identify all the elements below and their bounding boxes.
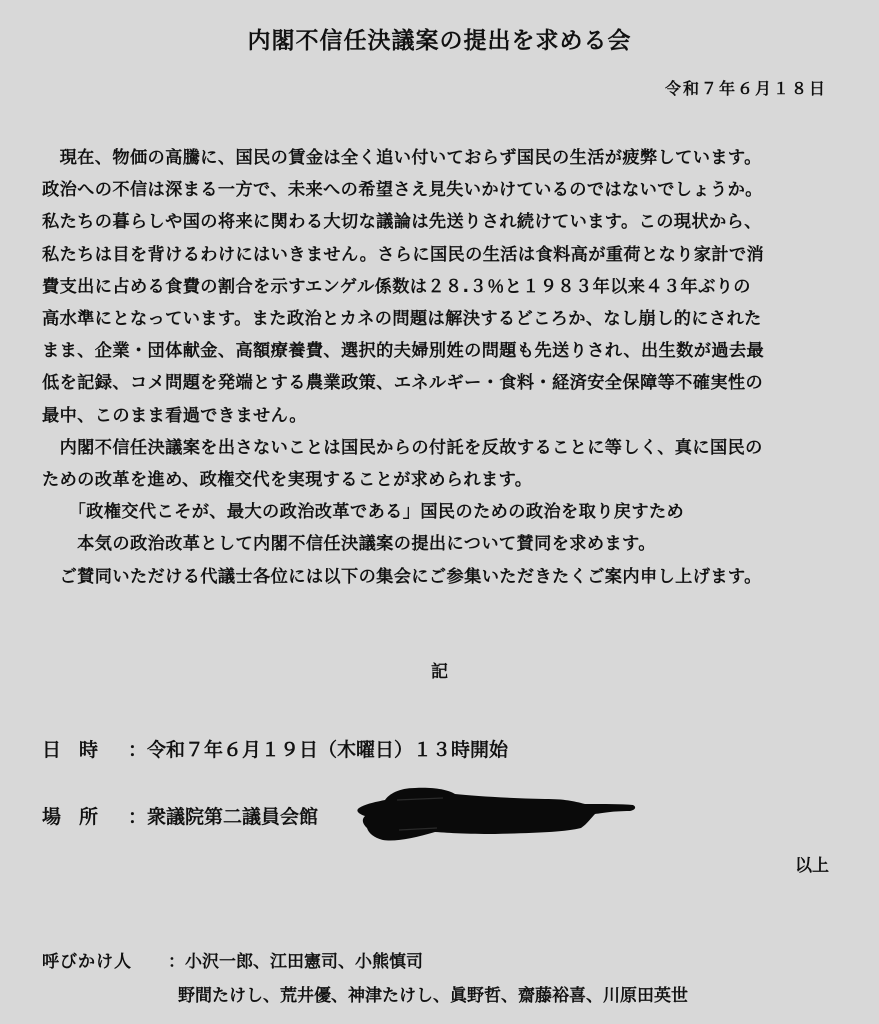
body-line: 本気の政治改革として内閣不信任決議案の提出について賛同を求めます。 xyxy=(42,528,842,560)
body-line: 政治への不信は深まる一方で、未来への希望さえ見失いかけているのではないでしょうか… xyxy=(42,174,842,206)
datetime-value: ：令和７年６月１９日（木曜日）１３時開始 xyxy=(128,739,508,761)
body-line: 最中、このまま看過できません。 xyxy=(42,400,842,432)
body-line: 高水準にとなっています。また政治とカネの問題は解決するどころか、なし崩し的にされ… xyxy=(42,303,842,335)
ki-heading: 記 xyxy=(0,657,879,682)
body-line: 費支出に占める食費の割合を示すエンゲル係数は２８.３％と１９８３年以来４３年ぶり… xyxy=(42,271,842,303)
meeting-place: 場所：衆議院第二議員会館 xyxy=(42,802,318,829)
body-line: まま、企業・団体献金、高額療養費、選択的夫婦別姓の問題も先送りされ、出生数が過去… xyxy=(42,335,842,367)
callers-block: 呼びかけ人：小沢一郎、江田憲司、小熊慎司 野間たけし、荒井優、神津たけし、眞野哲… xyxy=(42,947,423,972)
body-line: 内閣不信任決議案を出さないことは国民からの付託を反故することに等しく、真に国民の xyxy=(42,432,842,464)
body-line: ための改革を進め、政権交代を実現することが求められます。 xyxy=(42,464,842,496)
callers-line-1: ：小沢一郎、江田憲司、小熊慎司 xyxy=(168,952,423,972)
document-title: 内閣不信任決議案の提出を求める会 xyxy=(0,22,879,55)
redaction-mark xyxy=(355,786,637,842)
body-line: 「政権交代こそが、最大の政治改革である」国民のための政治を取り戻すため xyxy=(42,496,842,528)
callers-row-1: 呼びかけ人：小沢一郎、江田憲司、小熊慎司 xyxy=(42,947,423,972)
place-value: ：衆議院第二議員会館 xyxy=(128,806,318,828)
place-label: 場所 xyxy=(42,802,128,829)
body-line: 私たちの暮らしや国の将来に関わる大切な議論は先送りされ続けています。この現状から… xyxy=(42,206,842,238)
body-line: 現在、物価の高騰に、国民の賃金は全く追い付いておらず国民の生活が疲弊しています。 xyxy=(42,142,842,174)
body-line: 私たちは目を背けるわけにはいきません。さらに国民の生活は食料高が重荷となり家計で… xyxy=(42,239,842,271)
datetime-label: 日時 xyxy=(42,735,128,762)
document-date: 令和７年６月１８日 xyxy=(665,76,827,99)
closing-ijo: 以上 xyxy=(795,851,829,876)
meeting-datetime: 日時：令和７年６月１９日（木曜日）１３時開始 xyxy=(42,735,508,762)
callers-line-2: 野間たけし、荒井優、神津たけし、眞野哲、齋藤裕喜、川原田英世 xyxy=(178,981,688,1006)
callers-label: 呼びかけ人 xyxy=(42,947,168,972)
body-line: 低を記録、コメ問題を発端とする農業政策、エネルギー・食料・経済安全保障等不確実性… xyxy=(42,367,842,399)
document-body: 現在、物価の高騰に、国民の賃金は全く追い付いておらず国民の生活が疲弊しています。… xyxy=(42,142,842,593)
body-line: ご賛同いただける代議士各位には以下の集会にご参集いただきたくご案内申し上げます。 xyxy=(42,561,842,593)
